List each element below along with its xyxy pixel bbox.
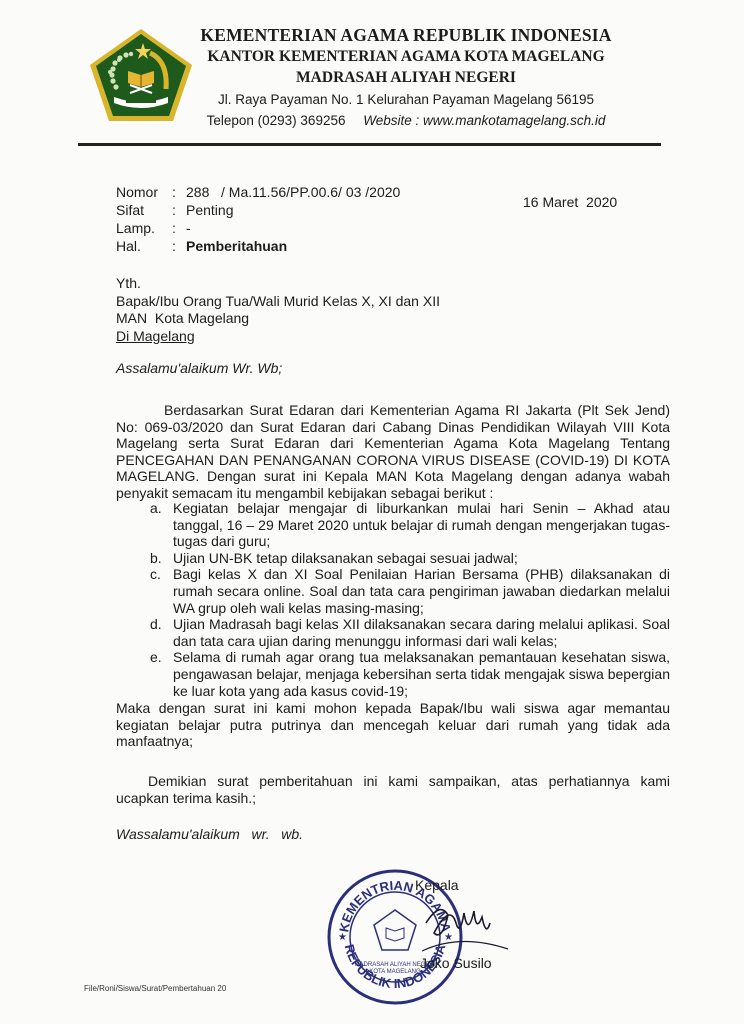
policy-list: a. Kegiatan belajar mengajar di liburkan… — [150, 500, 670, 699]
handwritten-signature-icon — [420, 893, 510, 955]
paragraph-2-text: Maka dengan surat ini kami mohon kepada … — [116, 700, 670, 749]
signer-title: Kepala — [415, 877, 459, 893]
list-item: c. Bagi kelas X dan XI Soal Penilaian Ha… — [150, 566, 670, 616]
list-letter: a. — [150, 500, 173, 550]
recipient-salutation: Yth. — [116, 275, 440, 293]
separator: : — [172, 183, 186, 201]
list-item: d. Ujian Madrasah bagi kelas XII dilaksa… — [150, 616, 670, 649]
meta-sifat: Sifat : Penting — [116, 201, 400, 219]
paragraph-1-text: Berdasarkan Surat Edaran dari Kementeria… — [116, 402, 670, 501]
lamp-label: Lamp. — [116, 219, 172, 237]
nomor-value: 288 / Ma.11.56/PP.00.6/ 03 /2020 — [186, 183, 400, 201]
letter-date: 16 Maret 2020 — [523, 194, 617, 210]
nomor-label: Nomor — [116, 183, 172, 201]
body-paragraph-3: Demikian surat pemberitahuan ini kami sa… — [116, 773, 670, 806]
hal-label: Hal. — [116, 237, 172, 255]
list-text: Selama di rumah agar orang tua melaksana… — [173, 649, 670, 699]
ministry-name: KEMENTERIAN AGAMA REPUBLIK INDONESIA — [196, 24, 616, 46]
separator: : — [172, 201, 186, 219]
recipient-line-2: MAN Kota Magelang — [116, 310, 440, 328]
list-letter: c. — [150, 566, 173, 616]
closing-greeting: Wassalamu'alaikum wr. wb. — [116, 826, 303, 842]
recipient-block: Yth. Bapak/Ibu Orang Tua/Wali Murid Kela… — [116, 275, 440, 345]
list-item: a. Kegiatan belajar mengajar di liburkan… — [150, 500, 670, 550]
svg-text:KOTA MAGELANG: KOTA MAGELANG — [369, 969, 421, 975]
letterhead: KEMENTERIAN AGAMA REPUBLIK INDONESIA KAN… — [196, 24, 616, 131]
letter-meta: Nomor : 288 / Ma.11.56/PP.00.6/ 03 /2020… — [116, 183, 400, 255]
list-letter: d. — [150, 616, 173, 649]
paragraph-3-text: Demikian surat pemberitahuan ini kami sa… — [116, 773, 670, 806]
svg-text:★: ★ — [338, 932, 347, 943]
meta-lamp: Lamp. : - — [116, 219, 400, 237]
body-paragraph-2: Maka dengan surat ini kami mohon kepada … — [116, 700, 670, 750]
lamp-value: - — [186, 219, 400, 237]
file-reference: File/Roni/Siswa/Surat/Pembertahuan 20 — [84, 984, 226, 993]
list-text: Ujian Madrasah bagi kelas XII dilaksanak… — [173, 616, 670, 649]
office-name: KANTOR KEMENTERIAN AGAMA KOTA MAGELANG — [196, 46, 616, 67]
list-item: b. Ujian UN-BK tetap dilaksanakan sebaga… — [150, 550, 670, 567]
letterhead-divider — [78, 143, 661, 146]
list-letter: e. — [150, 649, 173, 699]
greeting-text: Assalamu'alaikum Wr. Wb; — [116, 360, 282, 376]
school-phone: Telepon (0293) 369256 — [207, 113, 346, 128]
separator: : — [172, 237, 186, 255]
school-address: Jl. Raya Payaman No. 1 Kelurahan Payaman… — [196, 89, 616, 111]
recipient-location: Di Magelang — [116, 328, 440, 346]
list-text: Ujian UN-BK tetap dilaksanakan sebagai s… — [173, 550, 670, 567]
list-text: Kegiatan belajar mengajar di liburkankan… — [173, 500, 670, 550]
meta-nomor: Nomor : 288 / Ma.11.56/PP.00.6/ 03 /2020 — [116, 183, 400, 201]
list-letter: b. — [150, 550, 173, 567]
list-item: e. Selama di rumah agar orang tua melaks… — [150, 649, 670, 699]
separator: : — [172, 219, 186, 237]
kementerian-agama-emblem-icon — [88, 27, 194, 123]
recipient-line-1: Bapak/Ibu Orang Tua/Wali Murid Kelas X, … — [116, 293, 440, 311]
meta-hal: Hal. : Pemberitahuan — [116, 237, 400, 255]
signer-name: Joko Susilo — [420, 955, 492, 971]
list-text: Bagi kelas X dan XI Soal Penilaian Haria… — [173, 566, 670, 616]
sifat-label: Sifat — [116, 201, 172, 219]
body-paragraph-1: Berdasarkan Surat Edaran dari Kementeria… — [116, 402, 670, 502]
sifat-value: Penting — [186, 201, 400, 219]
hal-value: Pemberitahuan — [186, 237, 400, 255]
school-website: Website : www.mankotamagelang.sch.id — [363, 113, 605, 128]
greeting: Assalamu'alaikum Wr. Wb; — [116, 360, 282, 376]
school-name: MADRASAH ALIYAH NEGERI — [196, 67, 616, 89]
